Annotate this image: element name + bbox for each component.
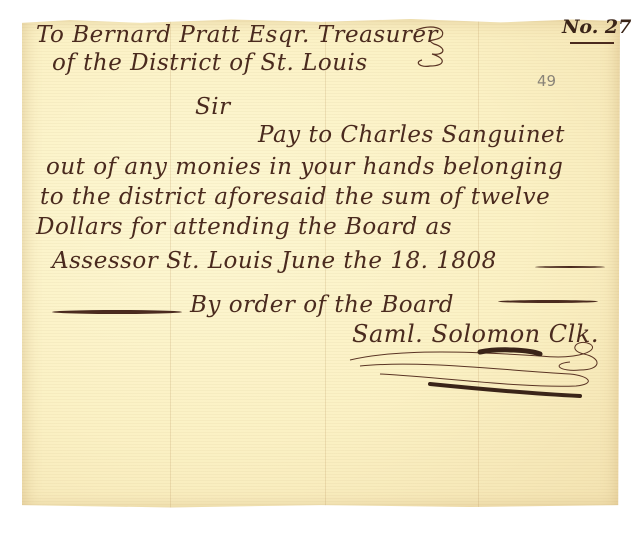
body-line-5: Assessor St. Louis June the 18. 1808 — [52, 248, 497, 274]
body-line-1: Pay to Charles Sanguinet — [258, 122, 565, 148]
document-number: No. 27 — [562, 16, 631, 38]
line-filler-stroke — [498, 300, 598, 303]
body-line-2: out of any monies in your hands belongin… — [46, 154, 563, 180]
line-filler-stroke — [52, 310, 182, 314]
document-number-underline — [570, 42, 614, 44]
address-line-1: To Bernard Pratt Esqr. Treasurer — [36, 22, 438, 48]
body-line-3: to the district aforesaid the sum of twe… — [40, 184, 550, 210]
address-flourish — [412, 22, 456, 74]
signature-flourish — [340, 330, 610, 410]
address-line-2: of the District of St. Louis — [52, 50, 368, 76]
salutation: Sir — [195, 94, 231, 120]
closing-line: By order of the Board — [190, 292, 454, 318]
line-filler-stroke — [535, 266, 605, 268]
archive-pencil-number: 49 — [537, 72, 556, 90]
body-line-4: Dollars for attending the Board as — [36, 214, 452, 240]
